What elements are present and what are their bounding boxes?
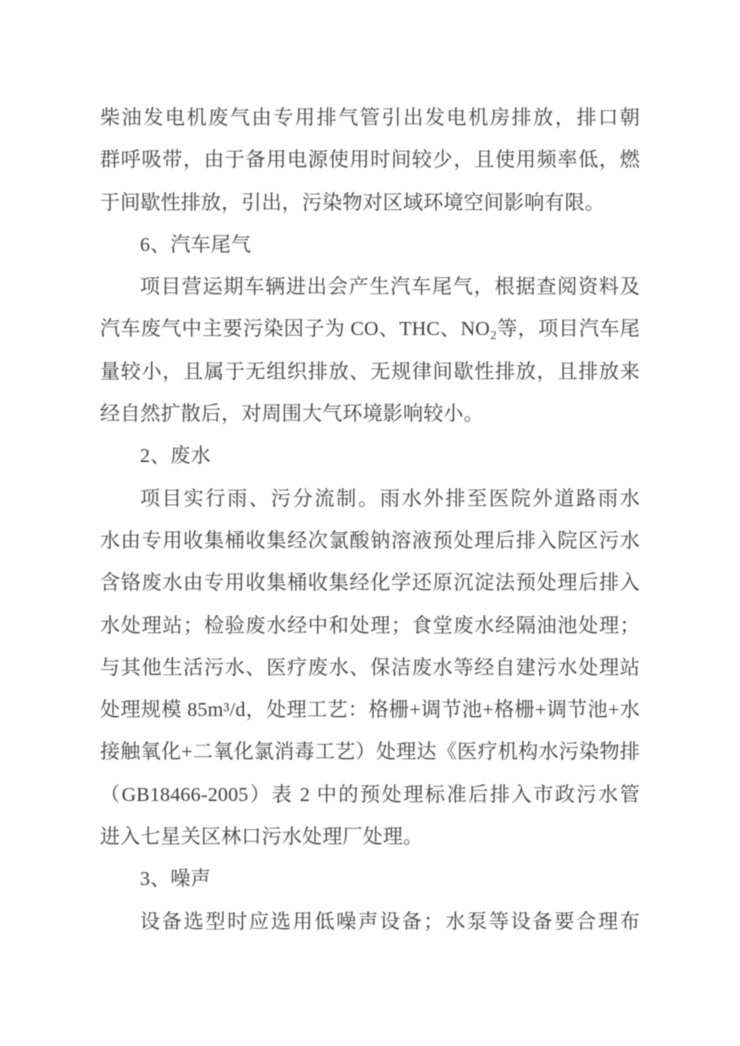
document-page: 柴油发电机废气由专用排气管引出发电机房排放，排口朝上，避开人 群呼吸带，由于备用… (0, 0, 740, 1046)
text-line: 接触氧化+二氧化氯消毒工艺）处理达《医疗机构水污染物排放标准》 (100, 731, 640, 773)
text-line: （GB18466-2005）表 2 中的预处理标准后排入市政污水管网，最终 (100, 774, 640, 816)
text-line: 群呼吸带，由于备用电源使用时间较少，且使用频率低，燃油废气属 (100, 139, 640, 181)
section-heading-wastewater: 2、废水 (100, 435, 640, 477)
text-line: 经自然扩散后，对周围大气环境影响较小。 (100, 393, 640, 435)
section-heading-vehicle-exhaust: 6、汽车尾气 (100, 224, 640, 266)
text-line: 水处理站；检验废水经中和处理；食堂废水经隔油池处理；以上废水 (100, 605, 640, 647)
text-line: 量较小，且属于无组织排放、无规律间歇性排放，且排放来那个较少， (100, 351, 640, 393)
text-line: 进入七星关区林口污水处理厂处理。 (100, 816, 640, 858)
text-line: 于间歇性排放，引出，污染物对区域环境空间影响有限。 (100, 182, 640, 224)
text-line: 设备选型时应选用低噪声设备；水泵等设备要合理布局，进行减 (100, 901, 640, 943)
section-heading-noise: 3、噪声 (100, 858, 640, 900)
text-line: 水由专用收集桶收集经次氯酸钠溶液预处理后排入院区污水处理站； (100, 520, 640, 562)
text-content: 柴油发电机废气由专用排气管引出发电机房排放，排口朝上，避开人 群呼吸带，由于备用… (100, 97, 640, 943)
text-line: 含铬废水由专用收集桶收集经化学还原沉淀法预处理后排入院区污 (100, 562, 640, 604)
text-line: 柴油发电机废气由专用排气管引出发电机房排放，排口朝上，避开人 (100, 97, 640, 139)
text-line: 项目实行雨、污分流制。雨水外排至医院外道路雨水沟；含氰废 (100, 478, 640, 520)
text-line: 与其他生活污水、医疗废水、保洁废水等经自建污水处理站（1 座， (100, 647, 640, 689)
text-line: 项目营运期车辆进出会产生汽车尾气，根据查阅资料及类比分析， (100, 266, 640, 308)
text-line: 汽车废气中主要污染因子为 CO、THC、NO₂等，项目汽车尾气产生 (100, 308, 640, 350)
text-line: 处理规模 85m³/d，处理工艺：格栅+调节池+格栅+调节池+水解酸化+ (100, 689, 640, 731)
